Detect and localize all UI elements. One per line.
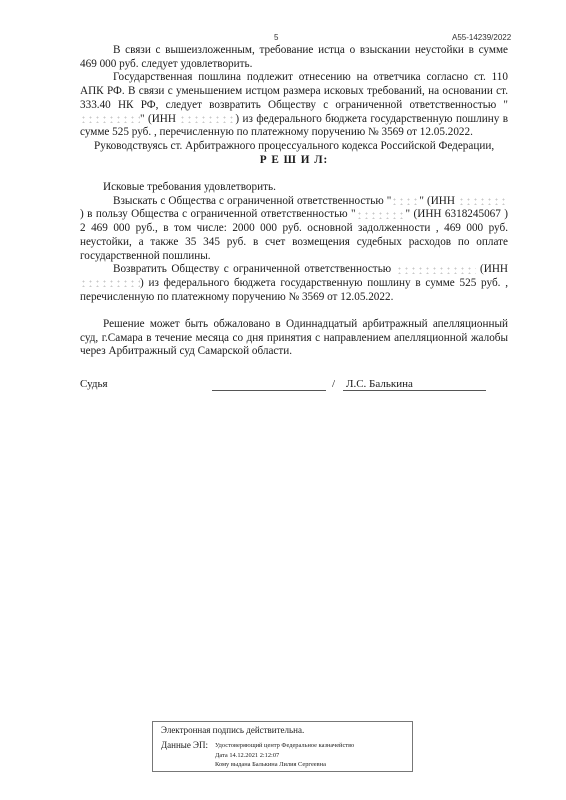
judge-label: Судья — [80, 378, 108, 390]
case-number: А55-14239/2022 — [452, 33, 511, 42]
paragraph-penalty: В связи с вышеизложенным, требование ист… — [80, 44, 508, 71]
signature-line — [212, 390, 326, 391]
document-body: В связи с вышеизложенным, требование ист… — [80, 44, 508, 359]
e-signature-status: Электронная подпись действительна. — [161, 725, 304, 735]
redacted-inn-2 — [80, 279, 140, 287]
e-signature-issued-to: Кому выдана Балькина Лилия Сергеевна — [215, 760, 354, 770]
redacted-defendant-inn — [458, 197, 508, 205]
paragraph-guided-by: Руководствуясь ст. Арбитражного процессу… — [80, 140, 508, 154]
paragraph-recover: Взыскать с Общества с ограниченной ответ… — [80, 195, 508, 264]
redacted-inn — [179, 115, 235, 123]
judge-name: Л.С. Балькина — [343, 378, 486, 391]
redacted-defendant-name — [391, 197, 419, 205]
decision-heading: Р Е Ш И Л: — [80, 154, 508, 168]
e-signature-stamp: Электронная подпись действительна. Данны… — [152, 721, 413, 772]
paragraph-appeal: Решение может быть обжаловано в Одиннадц… — [80, 318, 508, 359]
paragraph-return-duty: Возвратить Обществу с ограниченной ответ… — [80, 263, 508, 304]
redacted-company-name — [80, 115, 140, 123]
page-number: 5 — [274, 33, 278, 42]
paragraph-claims-granted: Исковые требования удовлетворить. — [80, 181, 508, 195]
e-signature-data-label: Данные ЭП: — [161, 740, 208, 750]
e-signature-details: Удостоверяющий центр Федеральное казначе… — [215, 741, 354, 770]
redacted-company-name-2 — [396, 266, 476, 274]
redacted-plaintiff-name — [356, 211, 406, 219]
e-signature-issuer: Удостоверяющий центр Федеральное казначе… — [215, 741, 354, 751]
e-signature-date: Дата 14.12.2021 2:12:07 — [215, 751, 354, 761]
paragraph-state-duty: Государственная пошлина подлежит отнесен… — [80, 71, 508, 140]
signature-slash: / — [332, 378, 335, 390]
